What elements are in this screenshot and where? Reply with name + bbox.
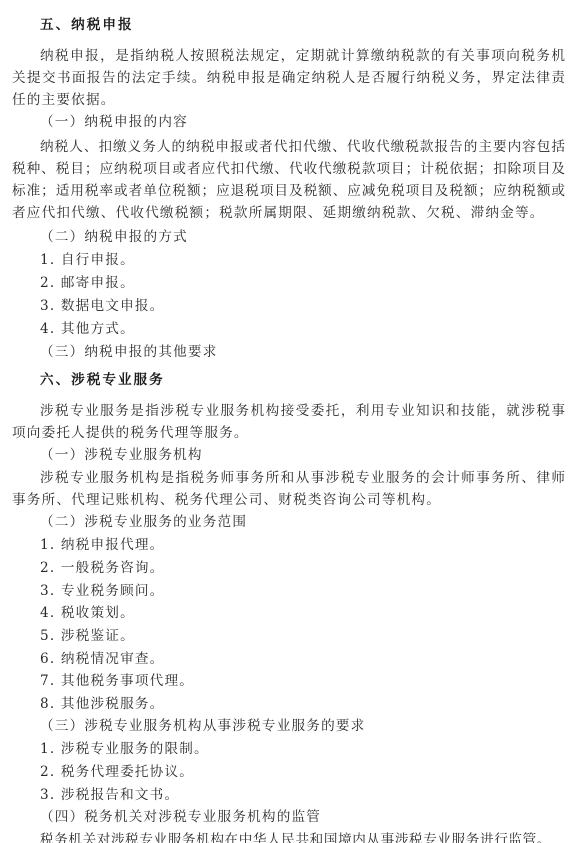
paragraph-line: 纳税人、扣缴义务人的纳税申报或者代扣代缴、代收代缴税款报告的主要内容包括 (40, 136, 565, 158)
list-item: 2. 税务代理委托协议。 (40, 761, 565, 783)
document-page: 五、纳税申报 纳税申报，是指纳税人按照税法规定，定期就计算缴纳税款的有关事项向税… (0, 0, 577, 843)
list-item: 7. 其他税务事项代理。 (40, 670, 565, 692)
subsection-title: （三）涉税专业服务机构从事涉税专业服务的要求 (40, 715, 565, 737)
subsection-title: （一）涉税专业服务机构 (40, 444, 565, 466)
list-item: 2. 邮寄申报。 (40, 272, 565, 294)
subsection-title: （一）纳税申报的内容 (40, 111, 565, 133)
list-item: 2. 一般税务咨询。 (40, 557, 565, 579)
list-item: 1. 纳税申报代理。 (40, 534, 565, 556)
paragraph-line: 标准；适用税率或者单位税额；应退税项目及税额、应减免税项目及税额；应纳税额或 (12, 180, 565, 202)
paragraph-line: 关提交书面报告的法定手续。纳税申报是确定纳税人是否履行纳税义务，界定法律责 (12, 67, 565, 89)
paragraph-line: 项向委托人提供的税务代理等服务。 (12, 422, 565, 444)
list-item: 1. 涉税专业服务的限制。 (40, 738, 565, 760)
subsection-title: （三）纳税申报的其他要求 (40, 341, 565, 363)
paragraph-line: 税务机关对涉税专业服务机构在中华人民共和国境内从事涉税专业服务进行监管。 (40, 829, 565, 843)
paragraph-line: 事务所、代理记账机构、税务代理公司、财税类咨询公司等机构。 (12, 489, 565, 511)
subsection-title: （二）纳税申报的方式 (40, 226, 565, 248)
paragraph-line: 者应代扣代缴、代收代缴税额；税款所属期限、延期缴纳税款、欠税、滞纳金等。 (12, 202, 565, 224)
paragraph-line: 纳税申报，是指纳税人按照税法规定，定期就计算缴纳税款的有关事项向税务机 (40, 45, 565, 67)
section-heading: 六、涉税专业服务 (40, 369, 565, 391)
paragraph-line: 涉税专业服务是指涉税专业服务机构接受委托，利用专业知识和技能，就涉税事 (40, 400, 565, 422)
list-item: 1. 自行申报。 (40, 249, 565, 271)
list-item: 3. 专业税务顾问。 (40, 580, 565, 602)
subsection-title: （二）涉税专业服务的业务范围 (40, 511, 565, 533)
list-item: 5. 涉税鉴证。 (40, 625, 565, 647)
paragraph-line: 任的主要依据。 (12, 89, 565, 111)
subsection-title: （四）税务机关对涉税专业服务机构的监管 (40, 806, 565, 828)
list-item: 4. 税收策划。 (40, 602, 565, 624)
list-item: 3. 数据电文申报。 (40, 295, 565, 317)
list-item: 8. 其他涉税服务。 (40, 693, 565, 715)
paragraph-line: 税种、税目；应纳税项目或者应代扣代缴、代收代缴税款项目；计税依据；扣除项目及 (12, 158, 565, 180)
list-item: 3. 涉税报告和文书。 (40, 784, 565, 806)
list-item: 4. 其他方式。 (40, 318, 565, 340)
section-heading: 五、纳税申报 (40, 14, 565, 36)
paragraph-line: 涉税专业服务机构是指税务师事务所和从事涉税专业服务的会计师事务所、律师 (40, 467, 565, 489)
list-item: 6. 纳税情况审查。 (40, 648, 565, 670)
